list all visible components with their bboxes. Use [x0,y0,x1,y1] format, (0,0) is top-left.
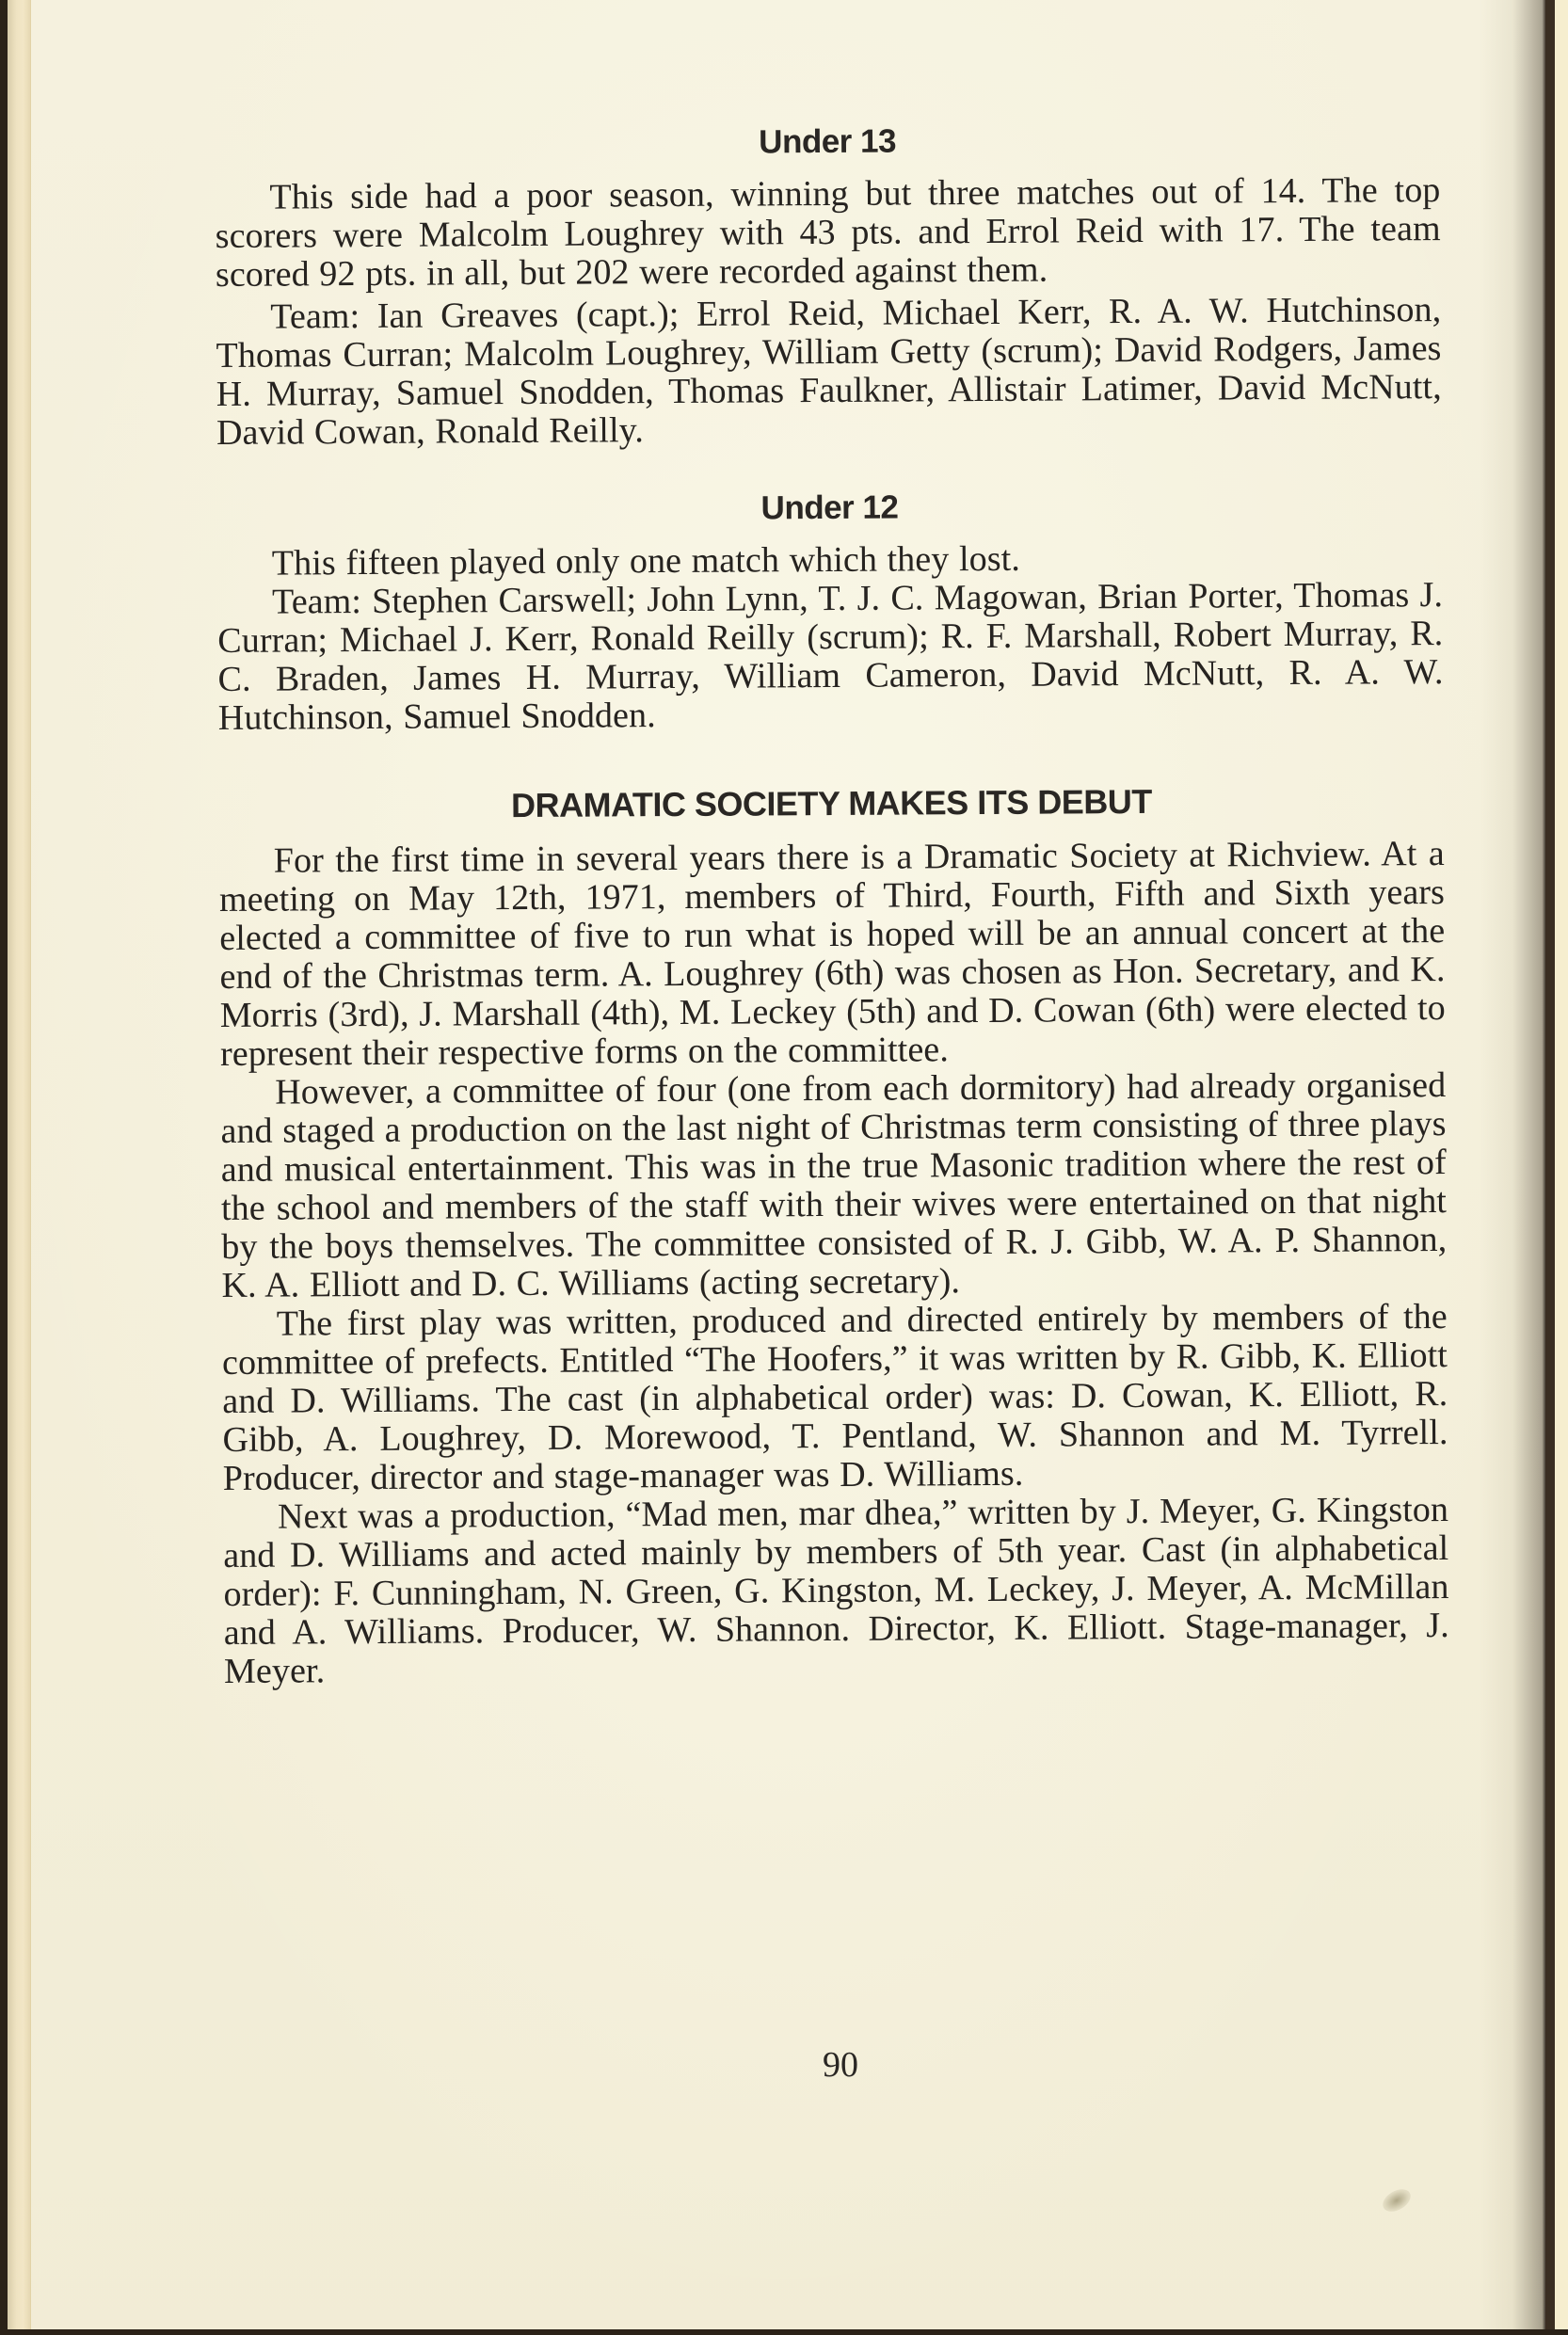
paper-stain [1379,2184,1415,2215]
facing-page-edge [1555,0,1568,2335]
section-heading-dramatic-society: DRAMATIC SOCIETY MAKES ITS DEBUT [218,779,1444,827]
binding-shadow [1480,0,1545,2335]
scan-left-border [0,0,8,2335]
under-13-summary: This side had a poor season, winning but… [215,171,1441,295]
book-page: Under 13 This side had a poor season, wi… [0,0,1568,2335]
section-under-13: Under 13 This side had a poor season, wi… [215,119,1442,453]
section-under-12: Under 12 This fifteen played only one ma… [216,485,1444,738]
dramatic-society-committee: However, a committee of four (one from e… [220,1066,1447,1305]
page-number: 90 [56,2044,1568,2086]
dramatic-society-second-play: Next was a production, “Mad men, mar dhe… [223,1491,1449,1691]
book-spine [1545,0,1555,2335]
dramatic-society-intro: For the first time in several years ther… [219,835,1446,1074]
section-dramatic-society: DRAMATIC SOCIETY MAKES ITS DEBUT For the… [218,779,1449,1691]
page-content: Under 13 This side had a poor season, wi… [215,119,1449,1691]
scan-bottom-border [0,2329,1568,2335]
under-13-team-list: Team: Ian Greaves (capt.); Errol Reid, M… [216,291,1442,453]
section-heading-under-13: Under 13 [215,119,1440,166]
section-heading-under-12: Under 12 [216,485,1442,532]
page-stack-edge [8,0,31,2335]
dramatic-society-first-play: The first play was written, produced and… [222,1298,1448,1498]
under-12-team-list: Team: Stephen Carswell; John Lynn, T. J.… [217,576,1444,738]
